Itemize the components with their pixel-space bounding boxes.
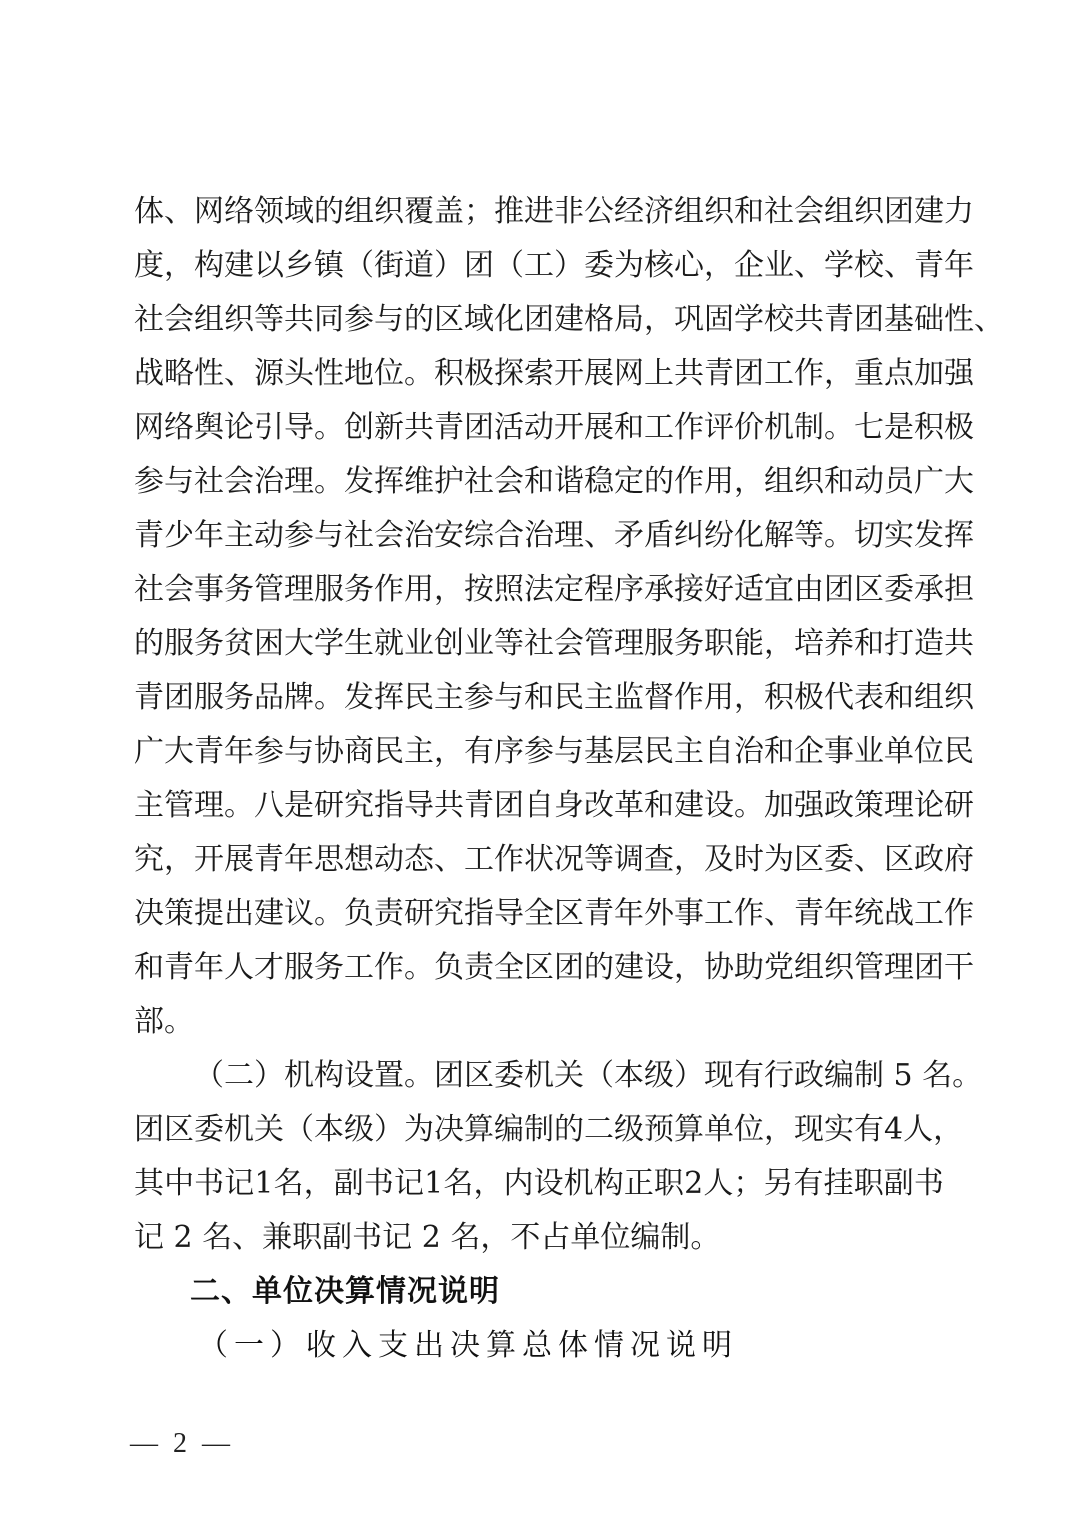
paragraph-line: 广大青年参与协商民主，有序参与基层民主自治和企事业单位民 — [134, 725, 944, 779]
paragraph-line: 其中书记 1 名，副书记 1 名，内设机构正职 2 人；另有挂职副书 — [134, 1157, 944, 1211]
paragraph-line: 社会组织等共同参与的区域化团建格局，巩固学校共青团基础性、 — [134, 293, 944, 347]
document-page: 体、网络领域的组织覆盖；推进非公经济组织和社会组织团建力 度，构建以乡镇（街道）… — [0, 0, 1075, 1520]
paragraph-line: 主管理。八是研究指导共青团自身改革和建设。加强政策理论研 — [134, 779, 944, 833]
paragraph-line: 团区委机关（本级）为决算编制的二级预算单位，现实有 4 人， — [134, 1103, 944, 1157]
paragraph-line: 究，开展青年思想动态、工作状况等调查，及时为区委、区政府 — [134, 833, 944, 887]
paragraph-line: 和青年人才服务工作。负责全区团的建设，协助党组织管理团干 — [134, 941, 944, 995]
section-institution-setup: （二）机构设置。 团区委机关（本级）现有行政编制 5 名。 — [134, 1049, 944, 1103]
paragraph-line: 社会事务管理服务作用，按照法定程序承接好适宜由团区委承担 — [134, 563, 944, 617]
section-label: （二）机构设置。 — [194, 1049, 434, 1103]
paragraph-line: 度，构建以乡镇（街道）团（工）委为核心，企业、学校、青年 — [134, 239, 944, 293]
section-text: 团区委机关（本级）现有行政编制 5 名。 — [434, 1049, 982, 1103]
paragraph-line: 青少年主动参与社会治安综合治理、矛盾纠纷化解等。切实发挥 — [134, 509, 944, 563]
subheading-income-expenditure: （一）收入支出决算总体情况说明 — [134, 1319, 944, 1373]
paragraph-line: 决策提出建议。负责研究指导全区青年外事工作、青年统战工作 — [134, 887, 944, 941]
document-body: 体、网络领域的组织覆盖；推进非公经济组织和社会组织团建力 度，构建以乡镇（街道）… — [134, 185, 944, 1373]
paragraph-line: 体、网络领域的组织覆盖；推进非公经济组织和社会组织团建力 — [134, 185, 944, 239]
heading-unit-final-accounts: 二、单位决算情况说明 — [134, 1265, 944, 1319]
paragraph-line: 战略性、源头性地位。积极探索开展网上共青团工作，重点加强 — [134, 347, 944, 401]
paragraph-line: 记 2 名、兼职副书记 2 名，不占单位编制。 — [134, 1211, 944, 1265]
paragraph-line: 参与社会治理。发挥维护社会和谐稳定的作用，组织和动员广大 — [134, 455, 944, 509]
paragraph-line: 部。 — [134, 995, 944, 1049]
paragraph-line: 的服务贫困大学生就业创业等社会管理服务职能，培养和打造共 — [134, 617, 944, 671]
page-number: — 2 — — [130, 1428, 234, 1460]
paragraph-line: 网络舆论引导。创新共青团活动开展和工作评价机制。七是积极 — [134, 401, 944, 455]
paragraph-line: 青团服务品牌。发挥民主参与和民主监督作用，积极代表和组织 — [134, 671, 944, 725]
